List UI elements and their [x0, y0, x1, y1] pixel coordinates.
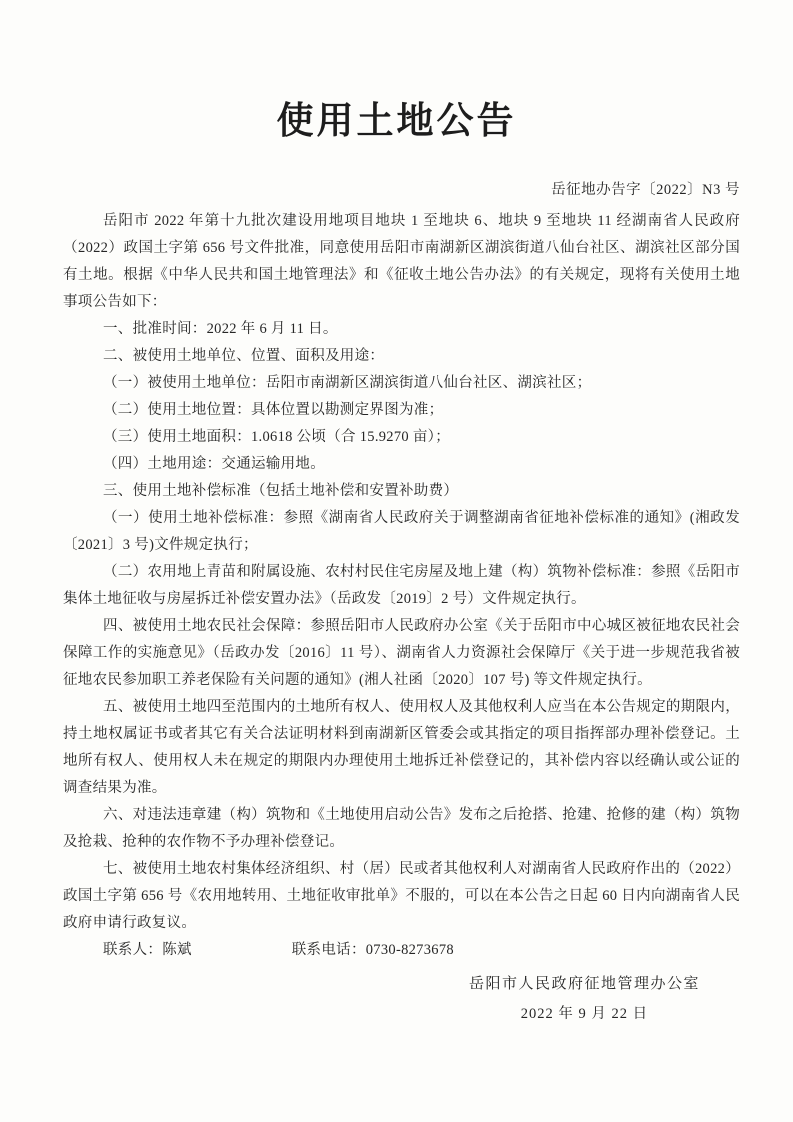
signature-date: 2022 年 9 月 22 日 [469, 1002, 700, 1023]
contact-phone: 联系电话：0730-8273678 [292, 942, 454, 958]
paragraph-intro: 岳阳市 2022 年第十九批次建设用地项目地块 1 至地块 6、地块 9 至地块… [63, 208, 740, 316]
paragraph-section-6: 六、对违法违章建（构）筑物和《土地使用启动公告》发布之后抢搭、抢建、抢修的建（构… [63, 802, 740, 856]
paragraph-section-3-header: 三、使用土地补偿标准（包括土地补偿和安置补助费） [63, 478, 740, 505]
contact-line: 联系人：陈斌 联系电话：0730-8273678 [63, 937, 740, 964]
paragraph-section-3-item-2: （二）农用地上青苗和附属设施、农村村民住宅房屋及地上建（构）筑物补偿标准：参照《… [63, 559, 740, 613]
contact-person: 联系人：陈斌 [103, 942, 192, 958]
document-body: 岳阳市 2022 年第十九批次建设用地项目地块 1 至地块 6、地块 9 至地块… [63, 208, 740, 964]
signature-block: 岳阳市人民政府征地管理办公室 2022 年 9 月 22 日 [469, 972, 700, 1023]
document-title: 使用土地公告 [0, 0, 793, 144]
document-number: 岳征地办告字〔2022〕N3 号 [0, 178, 793, 199]
paragraph-section-5: 五、被使用土地四至范围内的土地所有权人、使用权人及其他权利人应当在本公告规定的期… [63, 694, 740, 802]
paragraph-section-2-item-1: （一）被使用土地单位：岳阳市南湖新区湖滨街道八仙台社区、湖滨社区； [63, 370, 740, 397]
paragraph-section-7: 七、被使用土地农村集体经济组织、村（居）民或者其他权利人对湖南省人民政府作出的（… [63, 856, 740, 937]
signature-office: 岳阳市人民政府征地管理办公室 [469, 972, 700, 993]
paragraph-section-4: 四、被使用土地农民社会保障：参照岳阳市人民政府办公室《关于岳阳市中心城区被征地农… [63, 613, 740, 694]
paragraph-section-3-item-1: （一）使用土地补偿标准：参照《湖南省人民政府关于调整湖南省征地补偿标准的通知》(… [63, 505, 740, 559]
paragraph-section-2-item-3: （三）使用土地面积：1.0618 公顷（合 15.9270 亩）； [63, 424, 740, 451]
paragraph-section-2-header: 二、被使用土地单位、位置、面积及用途： [63, 343, 740, 370]
paragraph-section-1-approval-time: 一、批准时间：2022 年 6 月 11 日。 [63, 316, 740, 343]
scanned-document-page: 使用土地公告 岳征地办告字〔2022〕N3 号 岳阳市 2022 年第十九批次建… [0, 0, 793, 1122]
paragraph-section-2-item-2: （二）使用土地位置：具体位置以勘测定界图为准； [63, 397, 740, 424]
paragraph-section-2-item-4: （四）土地用途：交通运输用地。 [63, 451, 740, 478]
